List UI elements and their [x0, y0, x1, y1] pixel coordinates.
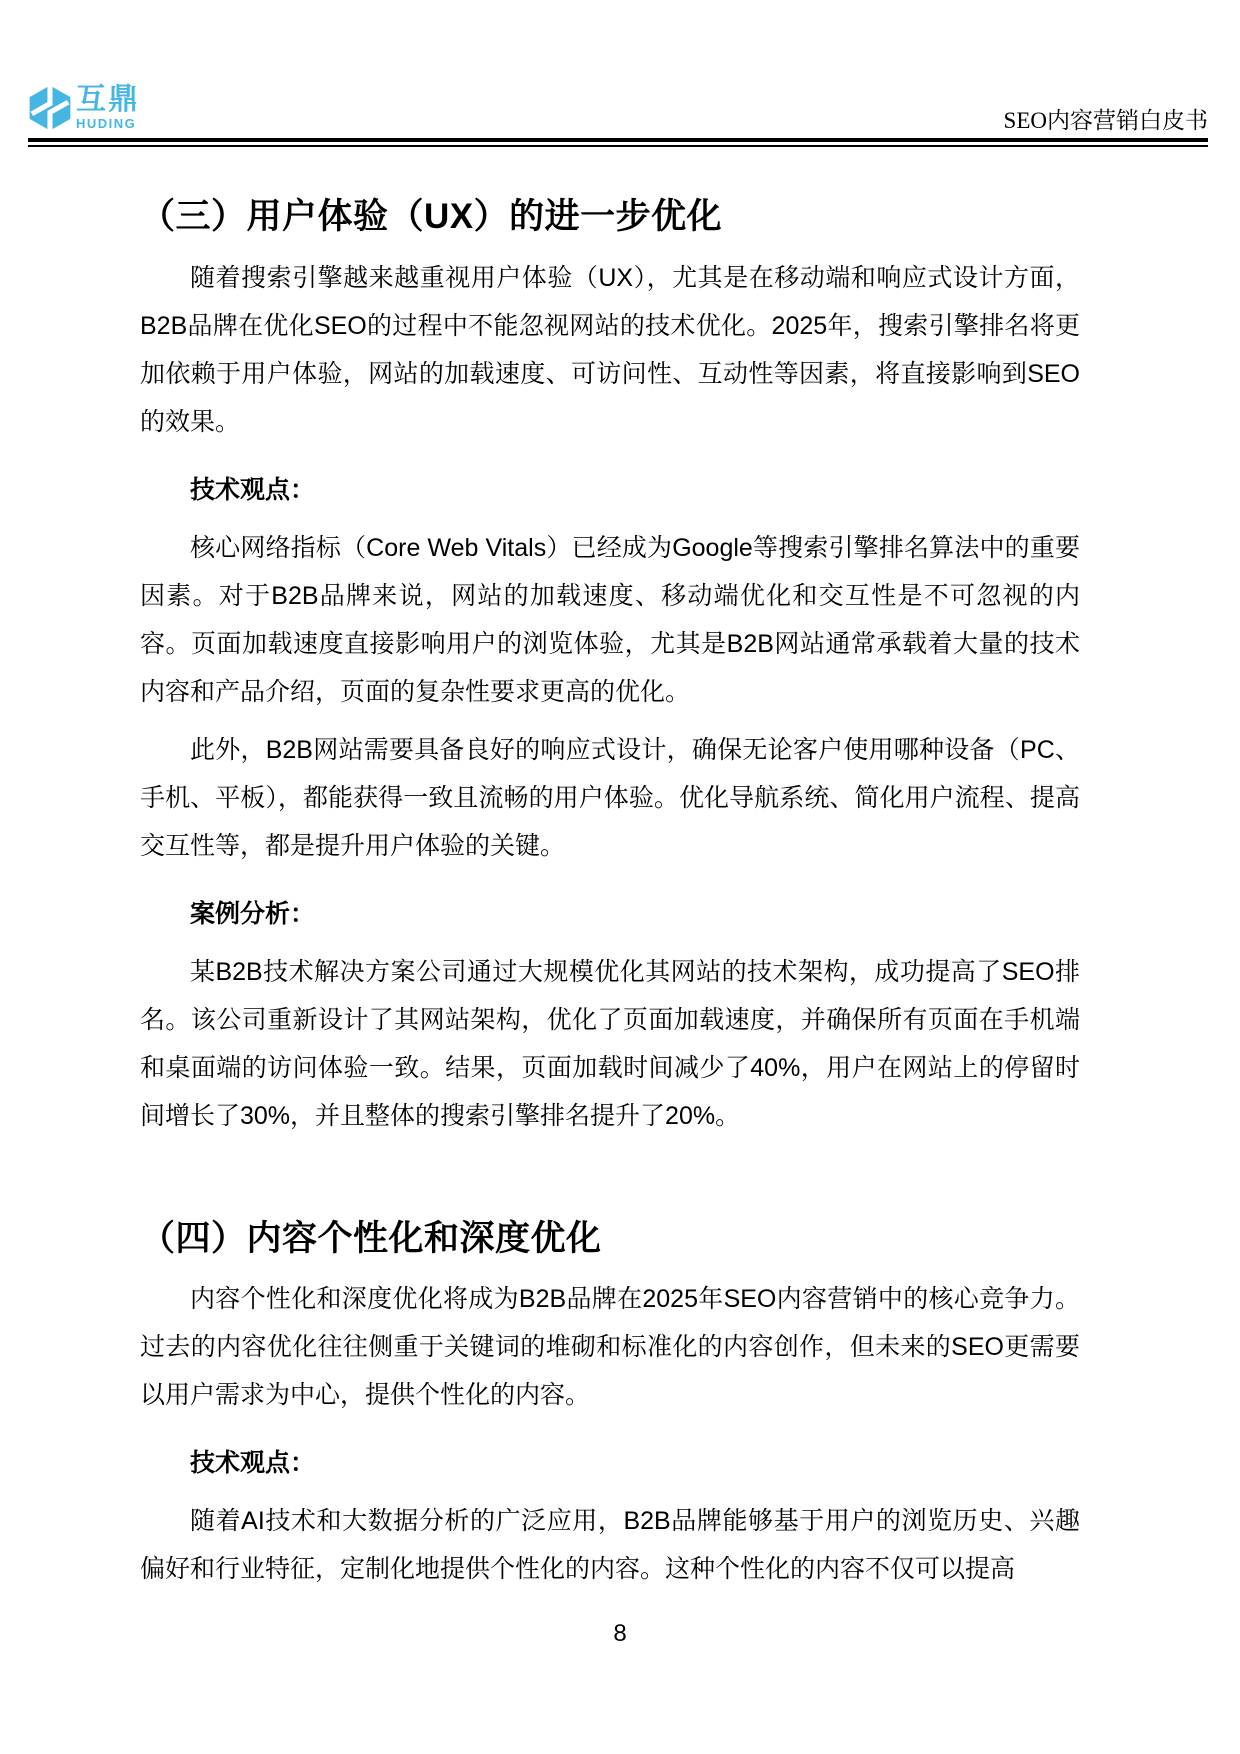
document-page: 互鼎 HUDING SEO内容营销白皮书 （三）用户体验（UX）的进一步优化 随…	[0, 0, 1240, 1754]
section-3-case-label: 案例分析：	[140, 890, 1080, 938]
logo-zh-text: 互鼎	[76, 84, 140, 116]
section-4-heading: （四）内容个性化和深度优化	[140, 1216, 1080, 1262]
header-divider-rule	[28, 138, 1208, 147]
logo-text: 互鼎 HUDING	[76, 84, 140, 130]
huding-cube-icon	[28, 84, 72, 132]
section-4-tech-view-label: 技术观点：	[140, 1439, 1080, 1487]
section-4-tech-paragraph-1: 随着AI技术和大数据分析的广泛应用，B2B品牌能够基于用户的浏览历史、兴趣偏好和…	[140, 1497, 1080, 1593]
logo-en-text: HUDING	[76, 117, 140, 130]
section-3-heading: （三）用户体验（UX）的进一步优化	[140, 194, 1080, 240]
huding-logo: 互鼎 HUDING	[28, 84, 140, 132]
header-doc-title: SEO内容营销白皮书	[1004, 102, 1208, 135]
section-4-intro-paragraph: 内容个性化和深度优化将成为B2B品牌在2025年SEO内容营销中的核心竞争力。过…	[140, 1275, 1080, 1419]
section-3-case-paragraph: 某B2B技术解决方案公司通过大规模优化其网站的技术架构，成功提高了SEO排名。该…	[140, 948, 1080, 1140]
page-number: 8	[0, 1620, 1240, 1648]
section-3-tech-paragraph-2: 此外，B2B网站需要具备良好的响应式设计，确保无论客户使用哪种设备（PC、手机、…	[140, 726, 1080, 870]
page-header: 互鼎 HUDING SEO内容营销白皮书	[28, 0, 1208, 147]
page-content: （三）用户体验（UX）的进一步优化 随着搜索引擎越来越重视用户体验（UX），尤其…	[140, 168, 1080, 1593]
section-3-intro-paragraph: 随着搜索引擎越来越重视用户体验（UX），尤其是在移动端和响应式设计方面，B2B品…	[140, 254, 1080, 446]
section-3-tech-paragraph-1: 核心网络指标（Core Web Vitals）已经成为Google等搜索引擎排名…	[140, 524, 1080, 716]
section-3-tech-view-label: 技术观点：	[140, 466, 1080, 514]
